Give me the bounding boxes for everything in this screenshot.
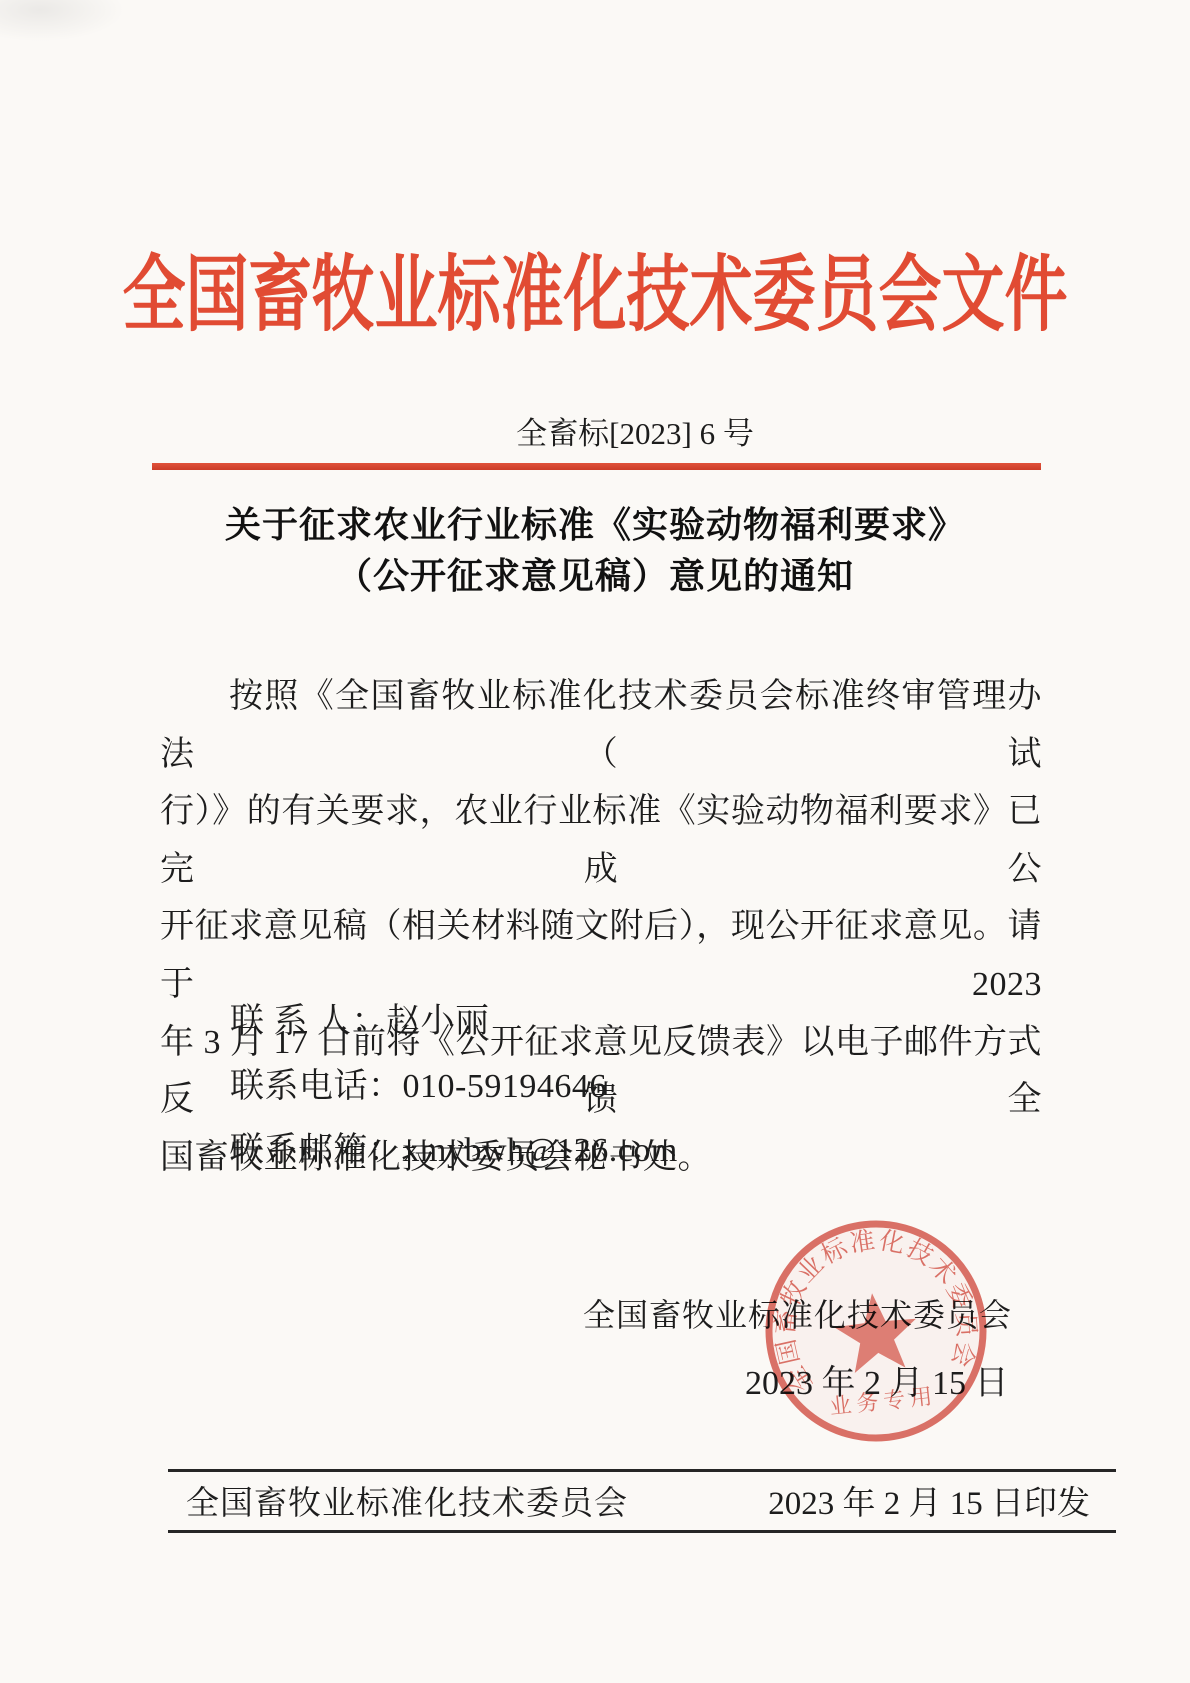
document-subject: 关于征求农业行业标准《实验动物福利要求》 （公开征求意见稿）意见的通知 [0,499,1190,601]
document-number: 全畜标[2023] 6 号 [40,408,1190,453]
contact-person: 联 系 人：赵小丽 [230,990,930,1055]
document-page: 全国畜牧业标准化技术委员会文件 全畜标[2023] 6 号 关于征求农业行业标准… [0,0,1190,1683]
red-header-title: 全国畜牧业标准化技术委员会文件 [0,228,1190,348]
red-divider-line [152,463,1041,470]
contact-email: 联系邮箱：xmybwh@126.com [230,1119,930,1184]
body-line: 行）》的有关要求，农业行业标准《实验动物福利要求》已完成公 [160,783,1042,898]
subject-line-1: 关于征求农业行业标准《实验动物福利要求》 [0,499,1190,550]
contact-phone: 联系电话：010-59194646 [230,1055,930,1120]
body-line: 按照《全国畜牧业标准化技术委员会标准终审管理办法（试 [160,668,1042,783]
official-seal: 全国畜牧业标准化技术委员会 业务专用 [749,1204,1004,1459]
footer-print-date: 2023 年 2 月 15 日印发 [768,1482,1116,1526]
footer-issuer: 全国畜牧业标准化技术委员会 [168,1482,628,1526]
footer-row: 全国畜牧业标准化技术委员会 2023 年 2 月 15 日印发 [168,1482,1116,1526]
subject-line-2: （公开征求意见稿）意见的通知 [0,550,1190,601]
contact-block: 联 系 人：赵小丽 联系电话：010-59194646 联系邮箱：xmybwh@… [230,990,930,1184]
footer-top-rule [168,1469,1116,1472]
footer-bottom-rule [168,1530,1116,1533]
scan-smudge [0,0,220,100]
